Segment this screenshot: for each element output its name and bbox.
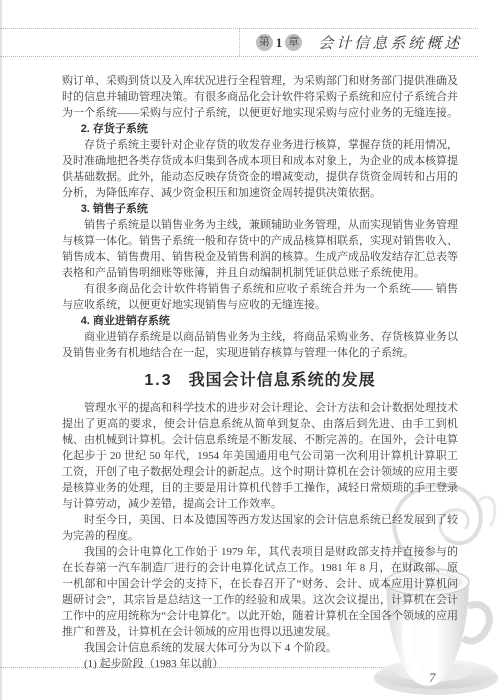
paragraph: 存货子系统主要针对企业存货的收发存业务进行核算，掌握存货的耗用情况，及时准确地把… (62, 137, 458, 201)
numbered-heading: 3. 销售子系统 (62, 201, 458, 217)
paragraph: 商业进销存系统是以商品销售业务为主线，将商品采购业务、存货核算业务以及销售业务有… (62, 329, 458, 361)
chapter-number: 1 (276, 35, 283, 51)
chapter-header-box: 第 1 章 会计信息系统概述 (239, 29, 478, 56)
section-heading: 1.3我国会计信息系统的发展 (62, 371, 458, 391)
chapter-suffix-circle: 章 (285, 34, 302, 51)
paragraph: 购订单、采购到货以及入库状况进行全程管理，为采购部门和财务部门提供准确及时的信息… (62, 73, 458, 121)
numbered-heading: 4. 商业进销存系统 (62, 313, 458, 329)
numbered-heading: 2. 存货子系统 (62, 121, 458, 137)
section-number: 1.3 (144, 372, 172, 389)
scan-edge (0, 0, 2, 700)
chapter-prefix-circle: 第 (256, 34, 273, 51)
paragraph: (1) 起步阶段（1983 年以前） (62, 656, 458, 672)
paragraph: 销售子系统是以销售业务为主线，兼顾辅助业务管理，从而实现销售业务管理与核算一体化… (62, 217, 458, 281)
chapter-badge: 第 1 章 (256, 34, 303, 51)
paragraph: 我国的会计电算化工作始于 1979 年，其代表项目是财政部支持并直接参与的在长春… (62, 544, 458, 640)
chapter-title: 会计信息系统概述 (318, 32, 462, 53)
paragraph: 时至今日，美国、日本及德国等西方发达国家的会计信息系统已经发展到了较为完善的程度… (62, 512, 458, 544)
chapter-header-band: 第 1 章 会计信息系统概述 (0, 28, 478, 57)
paragraph: 有很多商品化会计软件将销售子系统和应收子系统合并为一个系统—— 销售与应收系统，… (62, 281, 458, 313)
paragraph: 我国会计信息系统的发展大体可分为以下 4 个阶段。 (62, 640, 458, 656)
page-number: 7 (429, 670, 436, 686)
paragraph: 管理水平的提高和科学技术的进步对会计理论、会计方法和会计数据处理技术提出了更高的… (62, 400, 458, 512)
book-page: 第 1 章 会计信息系统概述 (0, 0, 498, 700)
body-content: 购订单、采购到货以及入库状况进行全程管理，为采购部门和财务部门提供准确及时的信息… (62, 73, 458, 672)
section-title: 我国会计信息系统的发展 (189, 372, 376, 389)
